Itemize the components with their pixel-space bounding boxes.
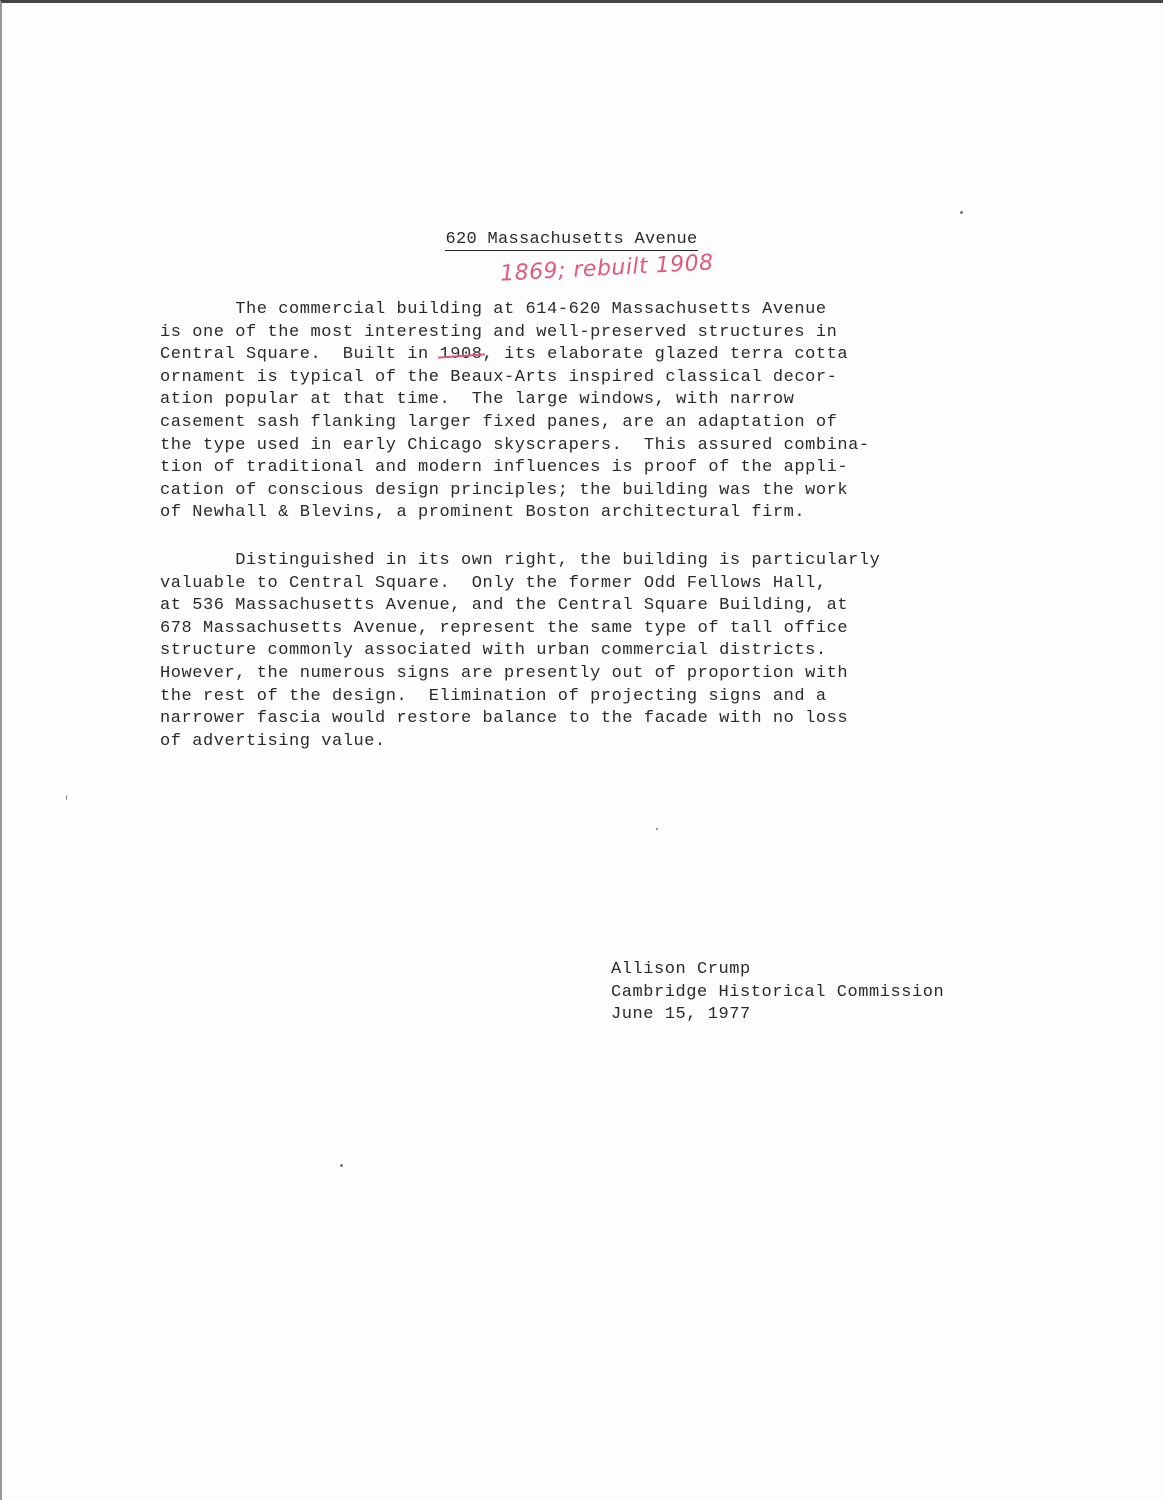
text-line: of advertising value. xyxy=(160,731,1080,754)
signature-author: Allison Crump xyxy=(611,959,944,982)
text-segment: , its elaborate glazed terra cotta xyxy=(483,345,849,364)
text-line: Central Square. Built in 1908, its elabo… xyxy=(160,344,1080,367)
paragraph-1: The commercial building at 614-620 Massa… xyxy=(160,299,1080,525)
document-title: 620 Massachusetts Avenue xyxy=(0,229,1163,251)
text-line: casement sash flanking larger fixed pane… xyxy=(160,412,1080,435)
scan-speck xyxy=(340,1164,343,1167)
scan-speck xyxy=(960,211,963,214)
signature-block: Allison CrumpCambridge Historical Commis… xyxy=(611,959,944,1027)
text-line: ation popular at that time. The large wi… xyxy=(160,389,1080,412)
scan-speck xyxy=(66,795,67,800)
signature-date: June 15, 1977 xyxy=(611,1004,944,1027)
signature-organization: Cambridge Historical Commission xyxy=(611,982,944,1005)
text-line: valuable to Central Square. Only the for… xyxy=(160,573,1080,596)
handwritten-annotation: 1869; rebuilt 1908 xyxy=(499,250,714,286)
struck-text: 1908 xyxy=(440,345,483,364)
text-line: 678 Massachusetts Avenue, represent the … xyxy=(160,618,1080,641)
scan-speck xyxy=(656,828,658,830)
document-title-text: 620 Massachusetts Avenue xyxy=(445,230,697,251)
text-segment: Central Square. Built in xyxy=(160,345,440,364)
text-line: the rest of the design. Elimination of p… xyxy=(160,686,1080,709)
text-line: ornament is typical of the Beaux-Arts in… xyxy=(160,367,1080,390)
text-line: is one of the most interesting and well-… xyxy=(160,322,1080,345)
text-line: Distinguished in its own right, the buil… xyxy=(160,550,1080,573)
text-line: cation of conscious design principles; t… xyxy=(160,480,1080,503)
text-line: structure commonly associated with urban… xyxy=(160,640,1080,663)
text-line: at 536 Massachusetts Avenue, and the Cen… xyxy=(160,595,1080,618)
text-line: However, the numerous signs are presentl… xyxy=(160,663,1080,686)
text-line: of Newhall & Blevins, a prominent Boston… xyxy=(160,502,1080,525)
text-line: tion of traditional and modern influence… xyxy=(160,457,1080,480)
text-line: narrower fascia would restore balance to… xyxy=(160,708,1080,731)
text-line: the type used in early Chicago skyscrape… xyxy=(160,435,1080,458)
paragraph-2: Distinguished in its own right, the buil… xyxy=(160,550,1080,753)
text-line: The commercial building at 614-620 Massa… xyxy=(160,299,1080,322)
